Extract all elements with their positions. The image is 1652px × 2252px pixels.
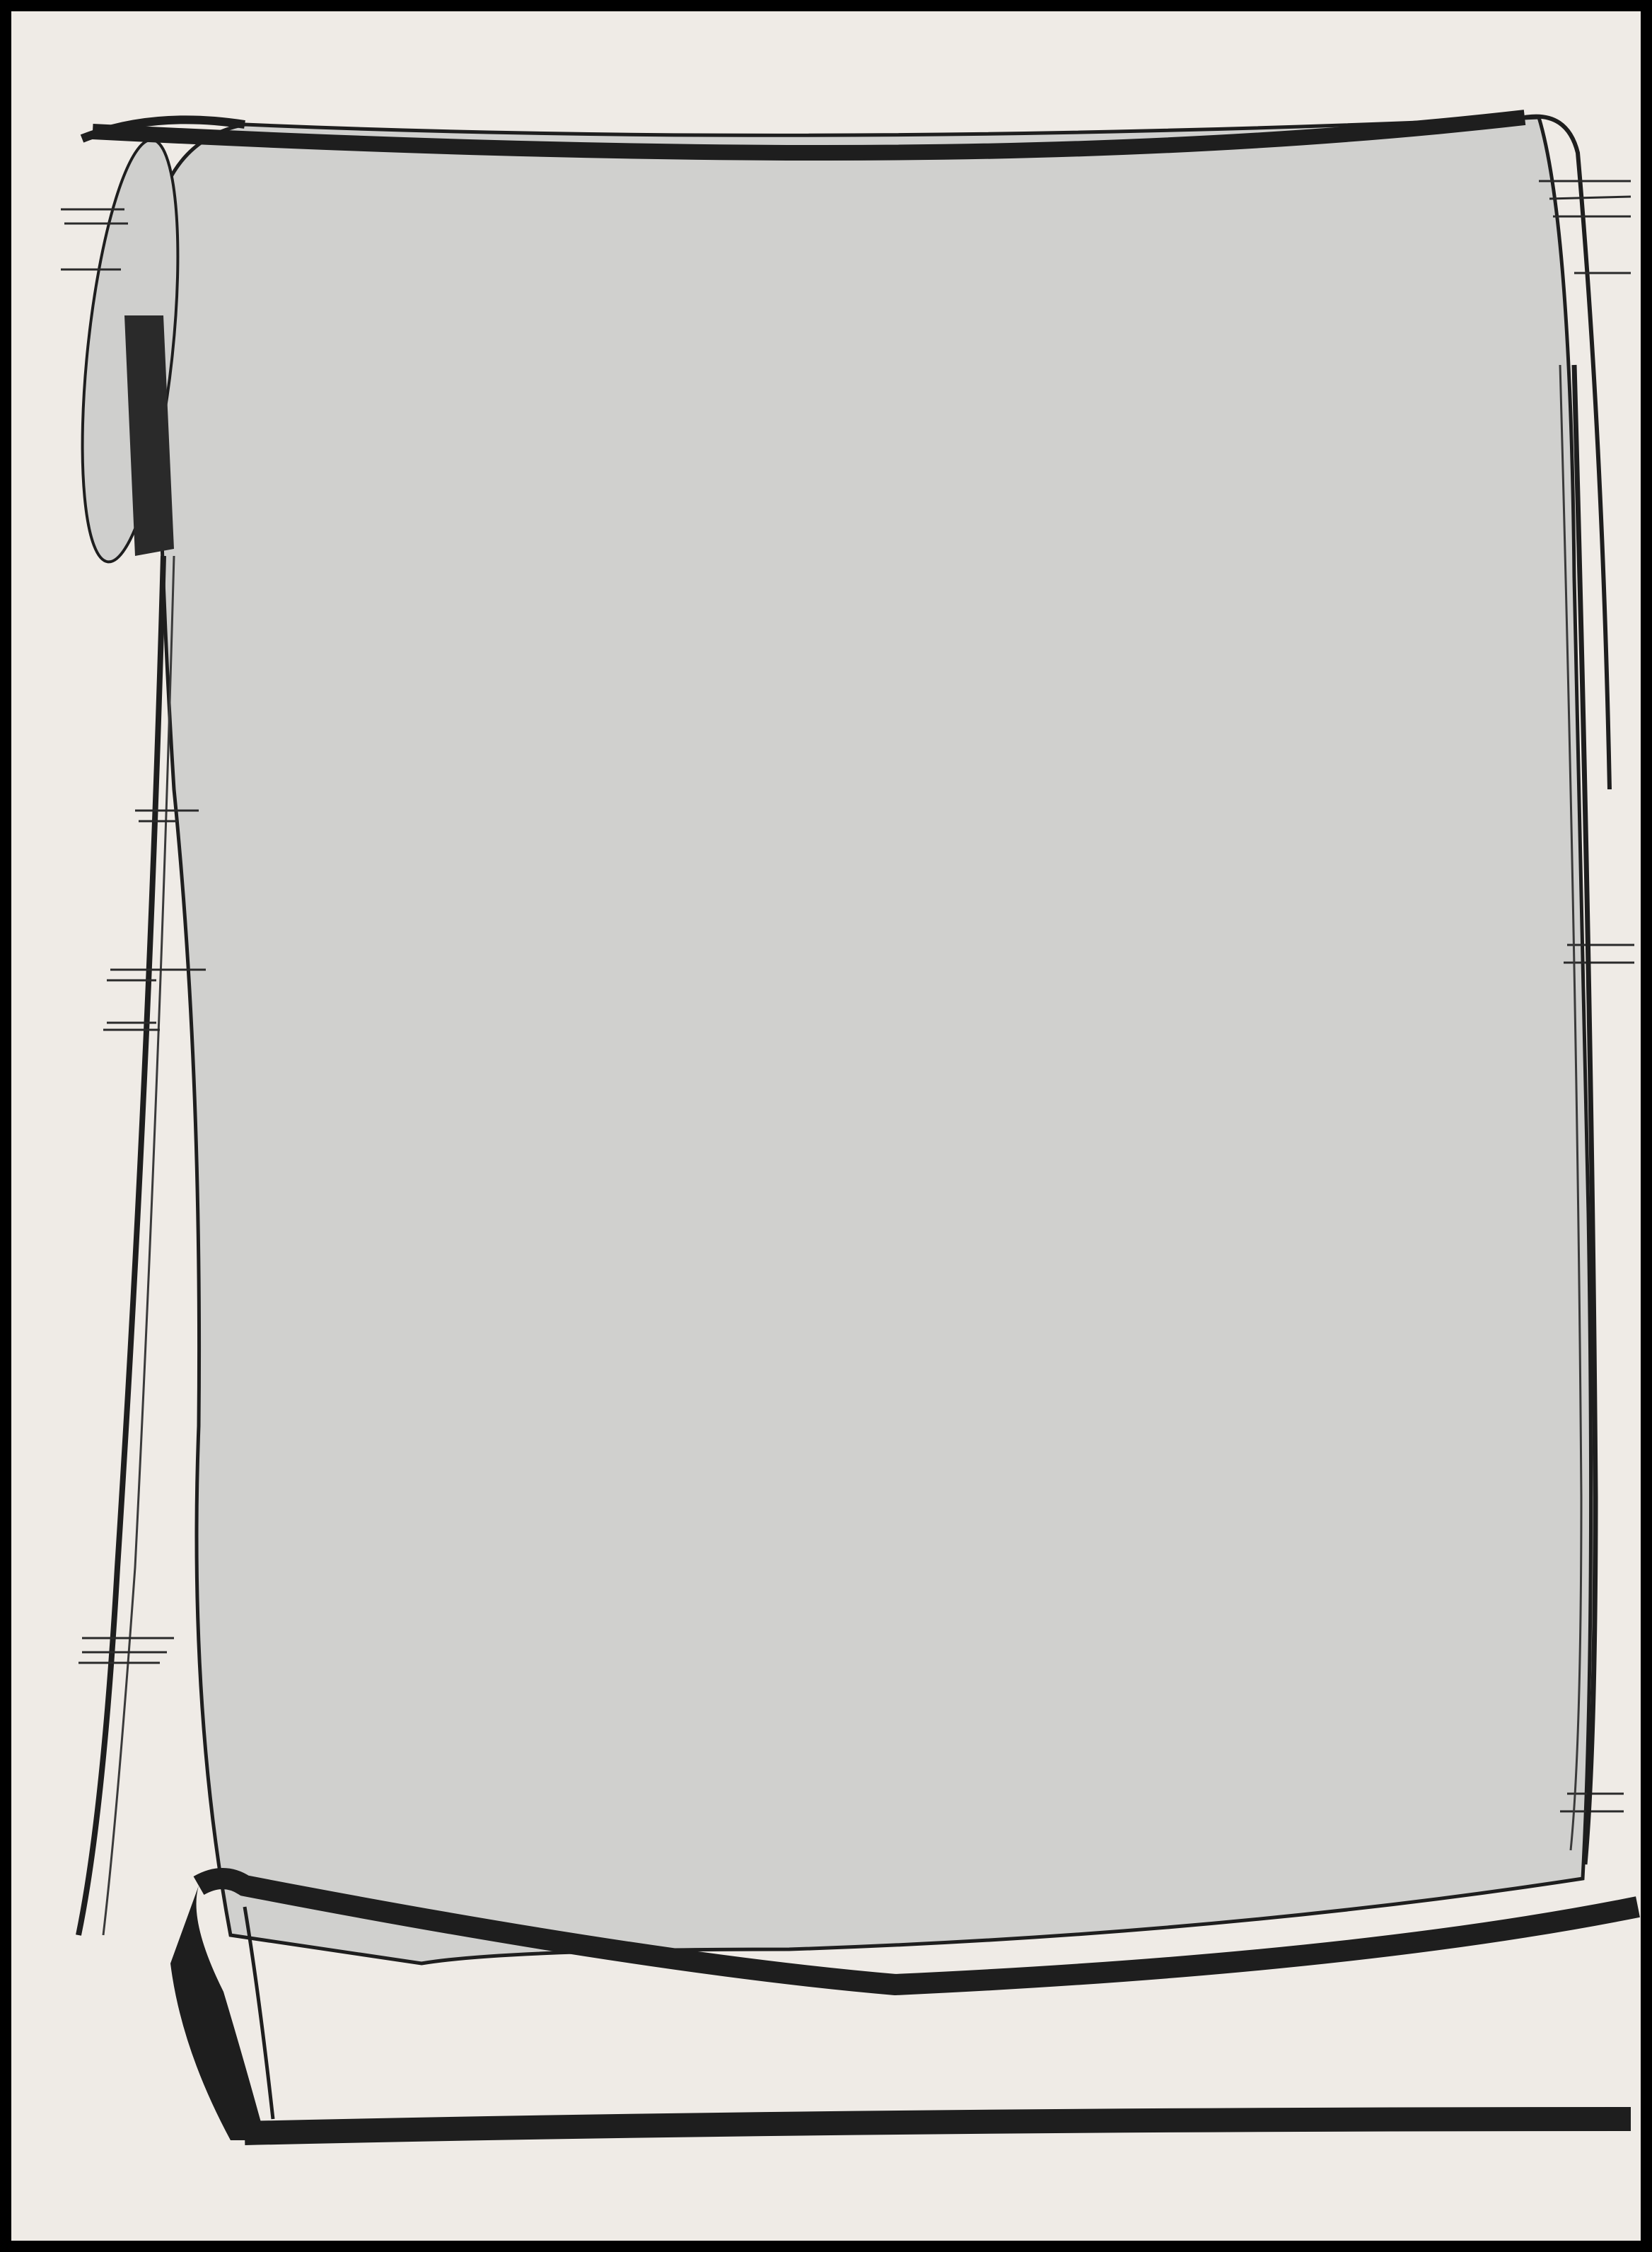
yearbook-page — [11, 11, 1641, 2241]
story-content — [11, 11, 1641, 2241]
